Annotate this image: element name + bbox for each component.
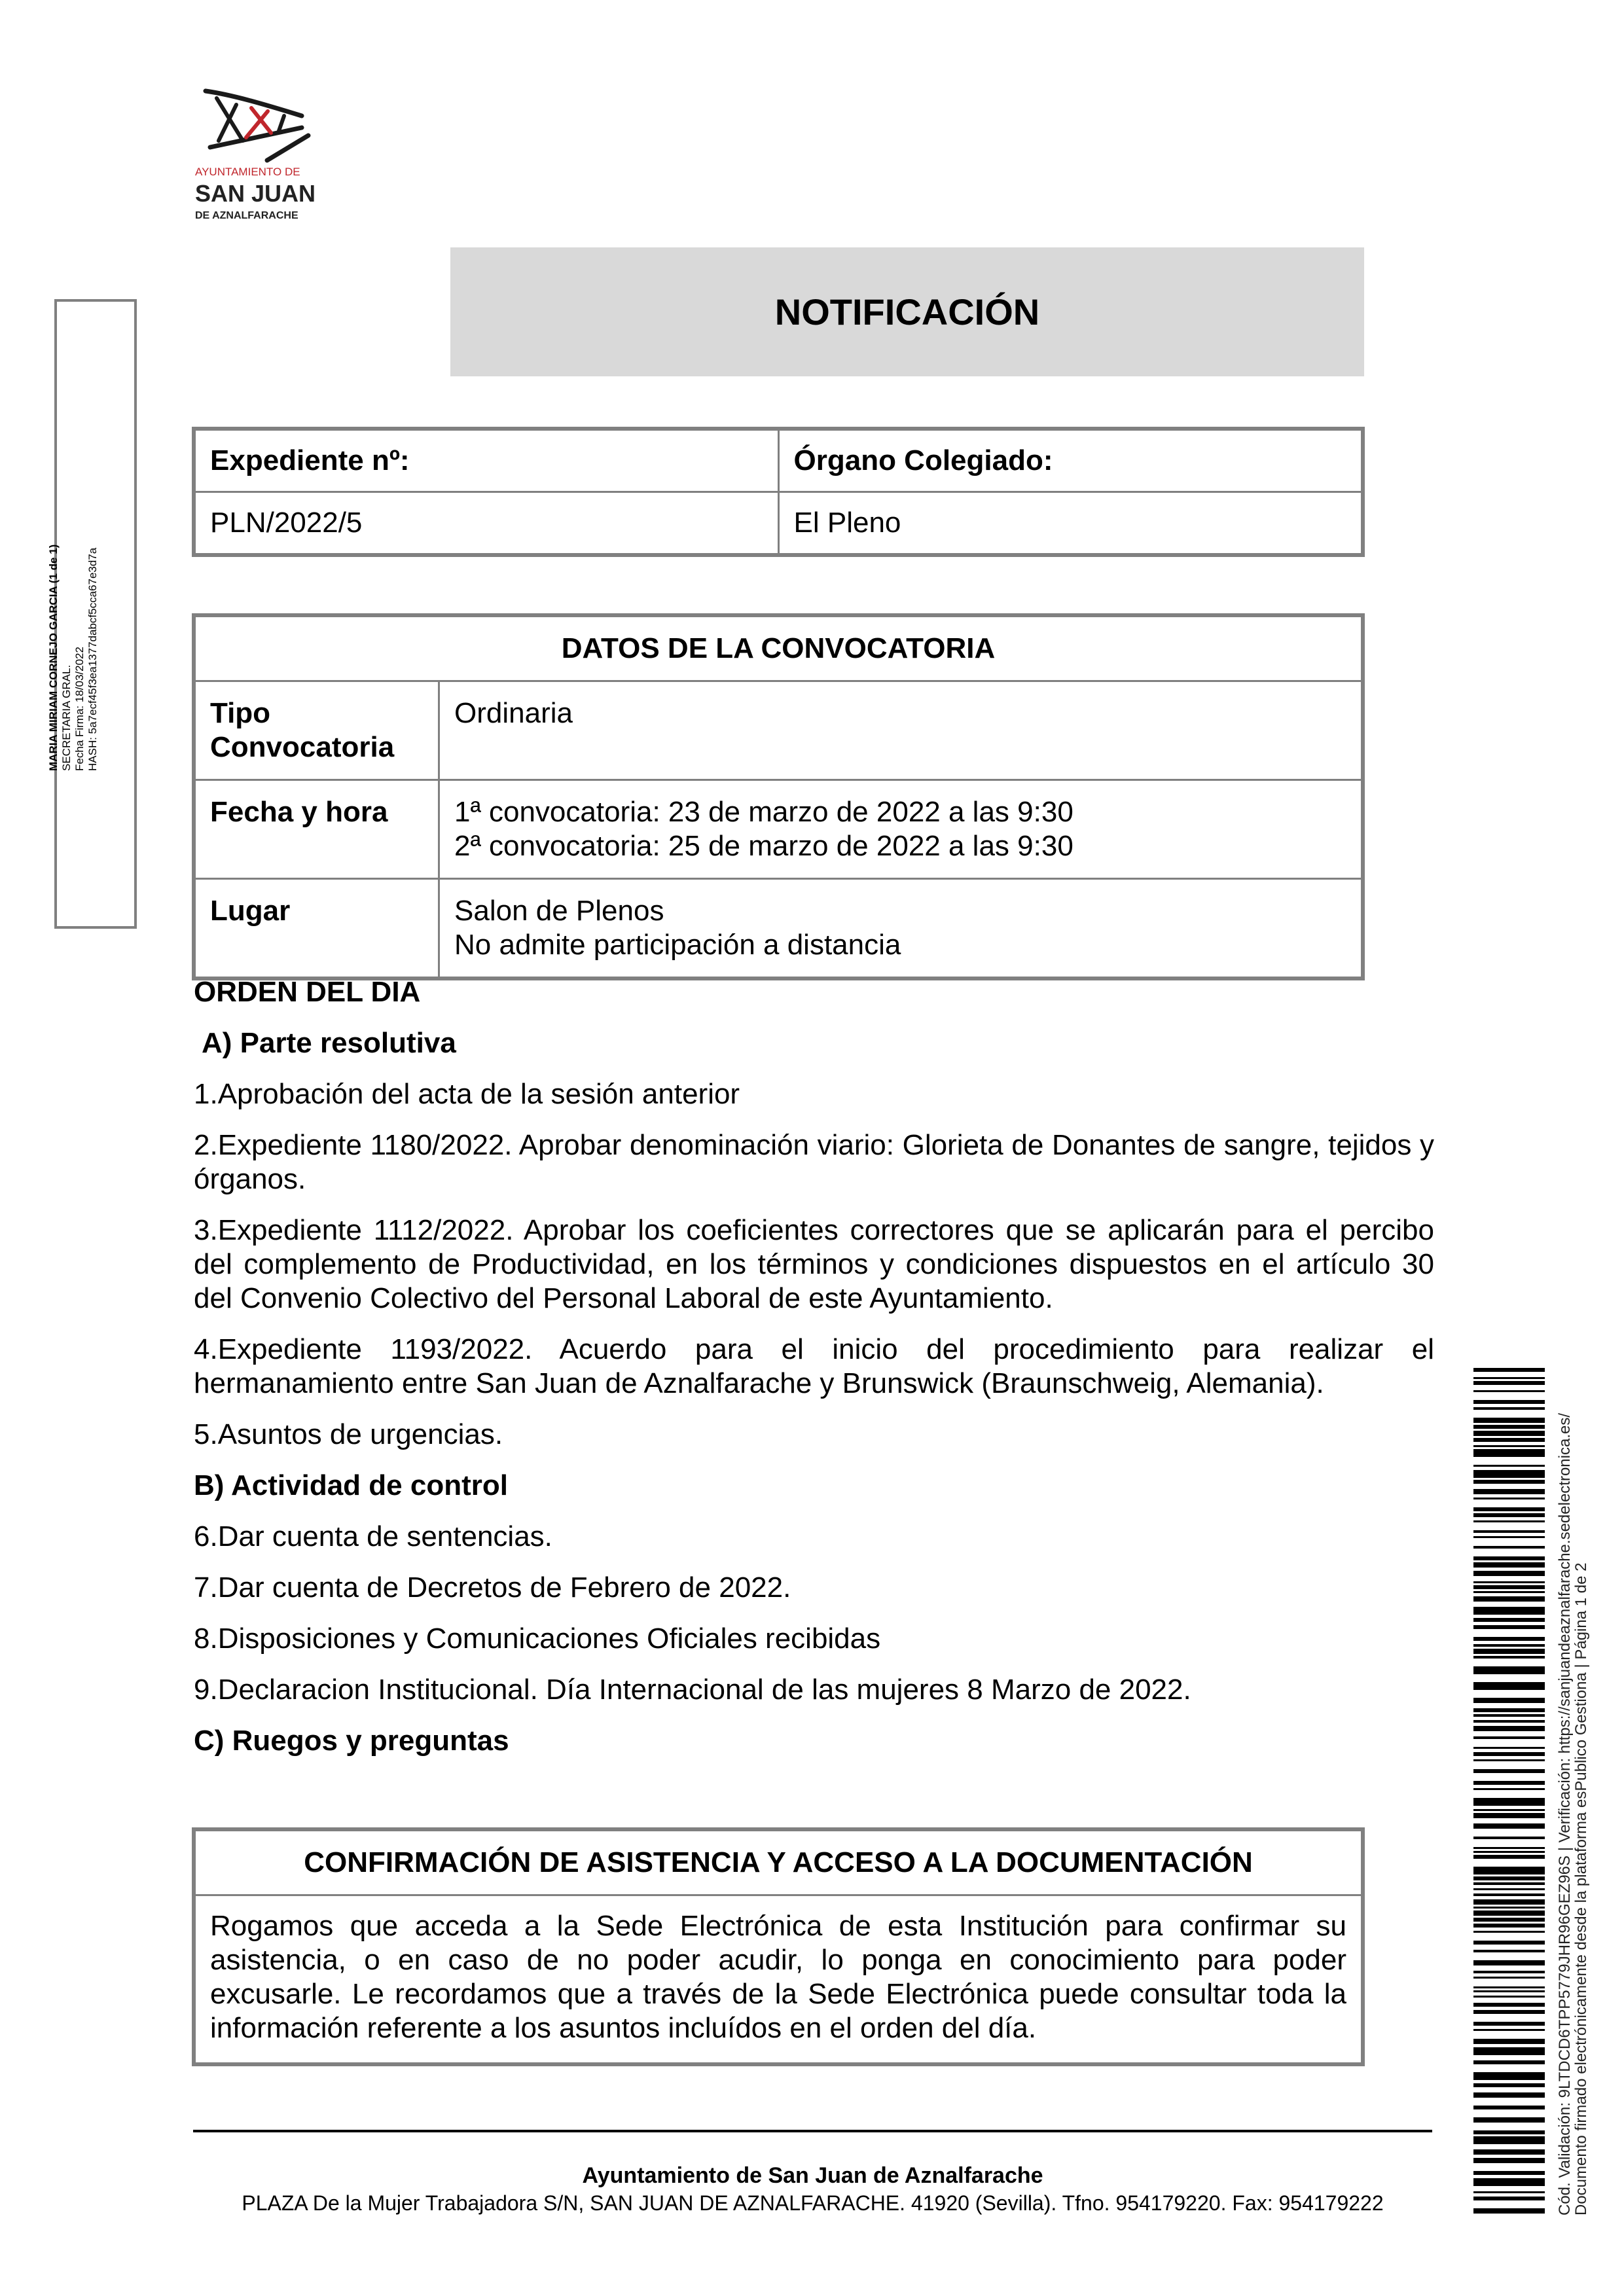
footer-organization: Ayuntamiento de San Juan de Aznalfarache [193, 2163, 1432, 2189]
confirmacion-header: CONFIRMACIÓN DE ASISTENCIA Y ACCESO A LA… [194, 1829, 1363, 1895]
validation-platform: Documento firmado electrónicamente desde… [1573, 1413, 1589, 2215]
orden-heading: ORDEN DEL DIA [194, 975, 1434, 1009]
confirmacion-body: Rogamos que acceda a la Sede Electrónica… [194, 1895, 1363, 2065]
expediente-label: Expediente nº: [194, 429, 778, 492]
document-title-box: NOTIFICACIÓN [450, 247, 1364, 376]
section-title: C) Ruegos y preguntas [194, 1724, 1434, 1758]
tipo-value-line: Ordinaria [454, 696, 1346, 730]
lugar-value: Salon de Plenos No admite participación … [439, 879, 1363, 979]
expediente-value: PLN/2022/5 [194, 492, 778, 556]
table-row: Lugar Salon de Plenos No admite particip… [194, 879, 1363, 979]
agenda-item: 8.Disposiciones y Comunicaciones Oficial… [194, 1622, 1434, 1656]
signer-role: SECRETARIA GRAL. [60, 545, 73, 771]
organo-label: Órgano Colegiado: [778, 429, 1363, 492]
confirmacion-table: CONFIRMACIÓN DE ASISTENCIA Y ACCESO A LA… [192, 1827, 1365, 2066]
tipo-value: Ordinaria [439, 681, 1363, 780]
lugar-place: Salon de Plenos [454, 894, 1346, 928]
agenda-item: 9.Declaracion Institucional. Día Interna… [194, 1673, 1434, 1707]
agenda-item: 6.Dar cuenta de sentencias. [194, 1520, 1434, 1554]
municipality-logo: AYUNTAMIENTO DE SAN JUAN DE AZNALFARACHE [194, 75, 312, 229]
convocatoria-header: DATOS DE LA CONVOCATORIA [194, 615, 1363, 681]
agenda-item: 7.Dar cuenta de Decretos de Febrero de 2… [194, 1571, 1434, 1605]
agenda-item: 2.Expediente 1180/2022. Aprobar denomina… [194, 1128, 1434, 1196]
barcode-icon [1473, 1368, 1545, 2216]
table-row: Tipo Convocatoria Ordinaria [194, 681, 1363, 780]
agenda-item: 1.Aprobación del acta de la sesión anter… [194, 1077, 1434, 1111]
lugar-label: Lugar [194, 879, 439, 979]
logo-line-2: SAN JUAN [195, 180, 316, 207]
convocatoria-table: DATOS DE LA CONVOCATORIA Tipo Convocator… [192, 613, 1365, 980]
section-title: A) Parte resolutiva [194, 1026, 1434, 1060]
agenda-item: 5.Asuntos de urgencias. [194, 1418, 1434, 1452]
organo-value: El Pleno [778, 492, 1363, 556]
footer-address: PLAZA De la Mujer Trabajadora S/N, SAN J… [193, 2191, 1432, 2215]
logo-emblem-icon [194, 75, 312, 164]
signer-name: MARIA MIRIAM CORNEJO GARCIA (1 de 1) [47, 545, 60, 771]
logo-line-1: AYUNTAMIENTO DE [195, 166, 300, 179]
primera-convocatoria: 1ª convocatoria: 23 de marzo de 2022 a l… [454, 795, 1346, 829]
footer-divider [193, 2130, 1432, 2132]
fecha-label: Fecha y hora [194, 780, 439, 879]
agenda-item: 3.Expediente 1112/2022. Aprobar los coef… [194, 1213, 1434, 1316]
tipo-label: Tipo Convocatoria [194, 681, 439, 780]
section-title: B) Actividad de control [194, 1469, 1434, 1503]
document-title: NOTIFICACIÓN [775, 291, 1039, 333]
orden-del-dia: ORDEN DEL DIA A) Parte resolutiva 1.Apro… [194, 975, 1434, 1775]
table-row: Fecha y hora 1ª convocatoria: 23 de marz… [194, 780, 1363, 879]
fecha-value: 1ª convocatoria: 23 de marzo de 2022 a l… [439, 780, 1363, 879]
lugar-remote-note: No admite participación a distancia [454, 928, 1346, 962]
signature-date: Fecha Firma: 18/03/2022 [73, 545, 86, 771]
expediente-table: Expediente nº: Órgano Colegiado: PLN/202… [192, 427, 1365, 557]
logo-line-3: DE AZNALFARACHE [195, 210, 298, 222]
validation-code: Cód. Validación: 9LTDCD6TPP5779JHR96GEZ9… [1557, 1413, 1573, 2215]
segunda-convocatoria: 2ª convocatoria: 25 de marzo de 2022 a l… [454, 829, 1346, 863]
agenda-item: 4.Expediente 1193/2022. Acuerdo para el … [194, 1333, 1434, 1401]
signature-hash: HASH: 5a7ecf45f3ea1377dabcf5cca67e3d7a [86, 545, 99, 771]
